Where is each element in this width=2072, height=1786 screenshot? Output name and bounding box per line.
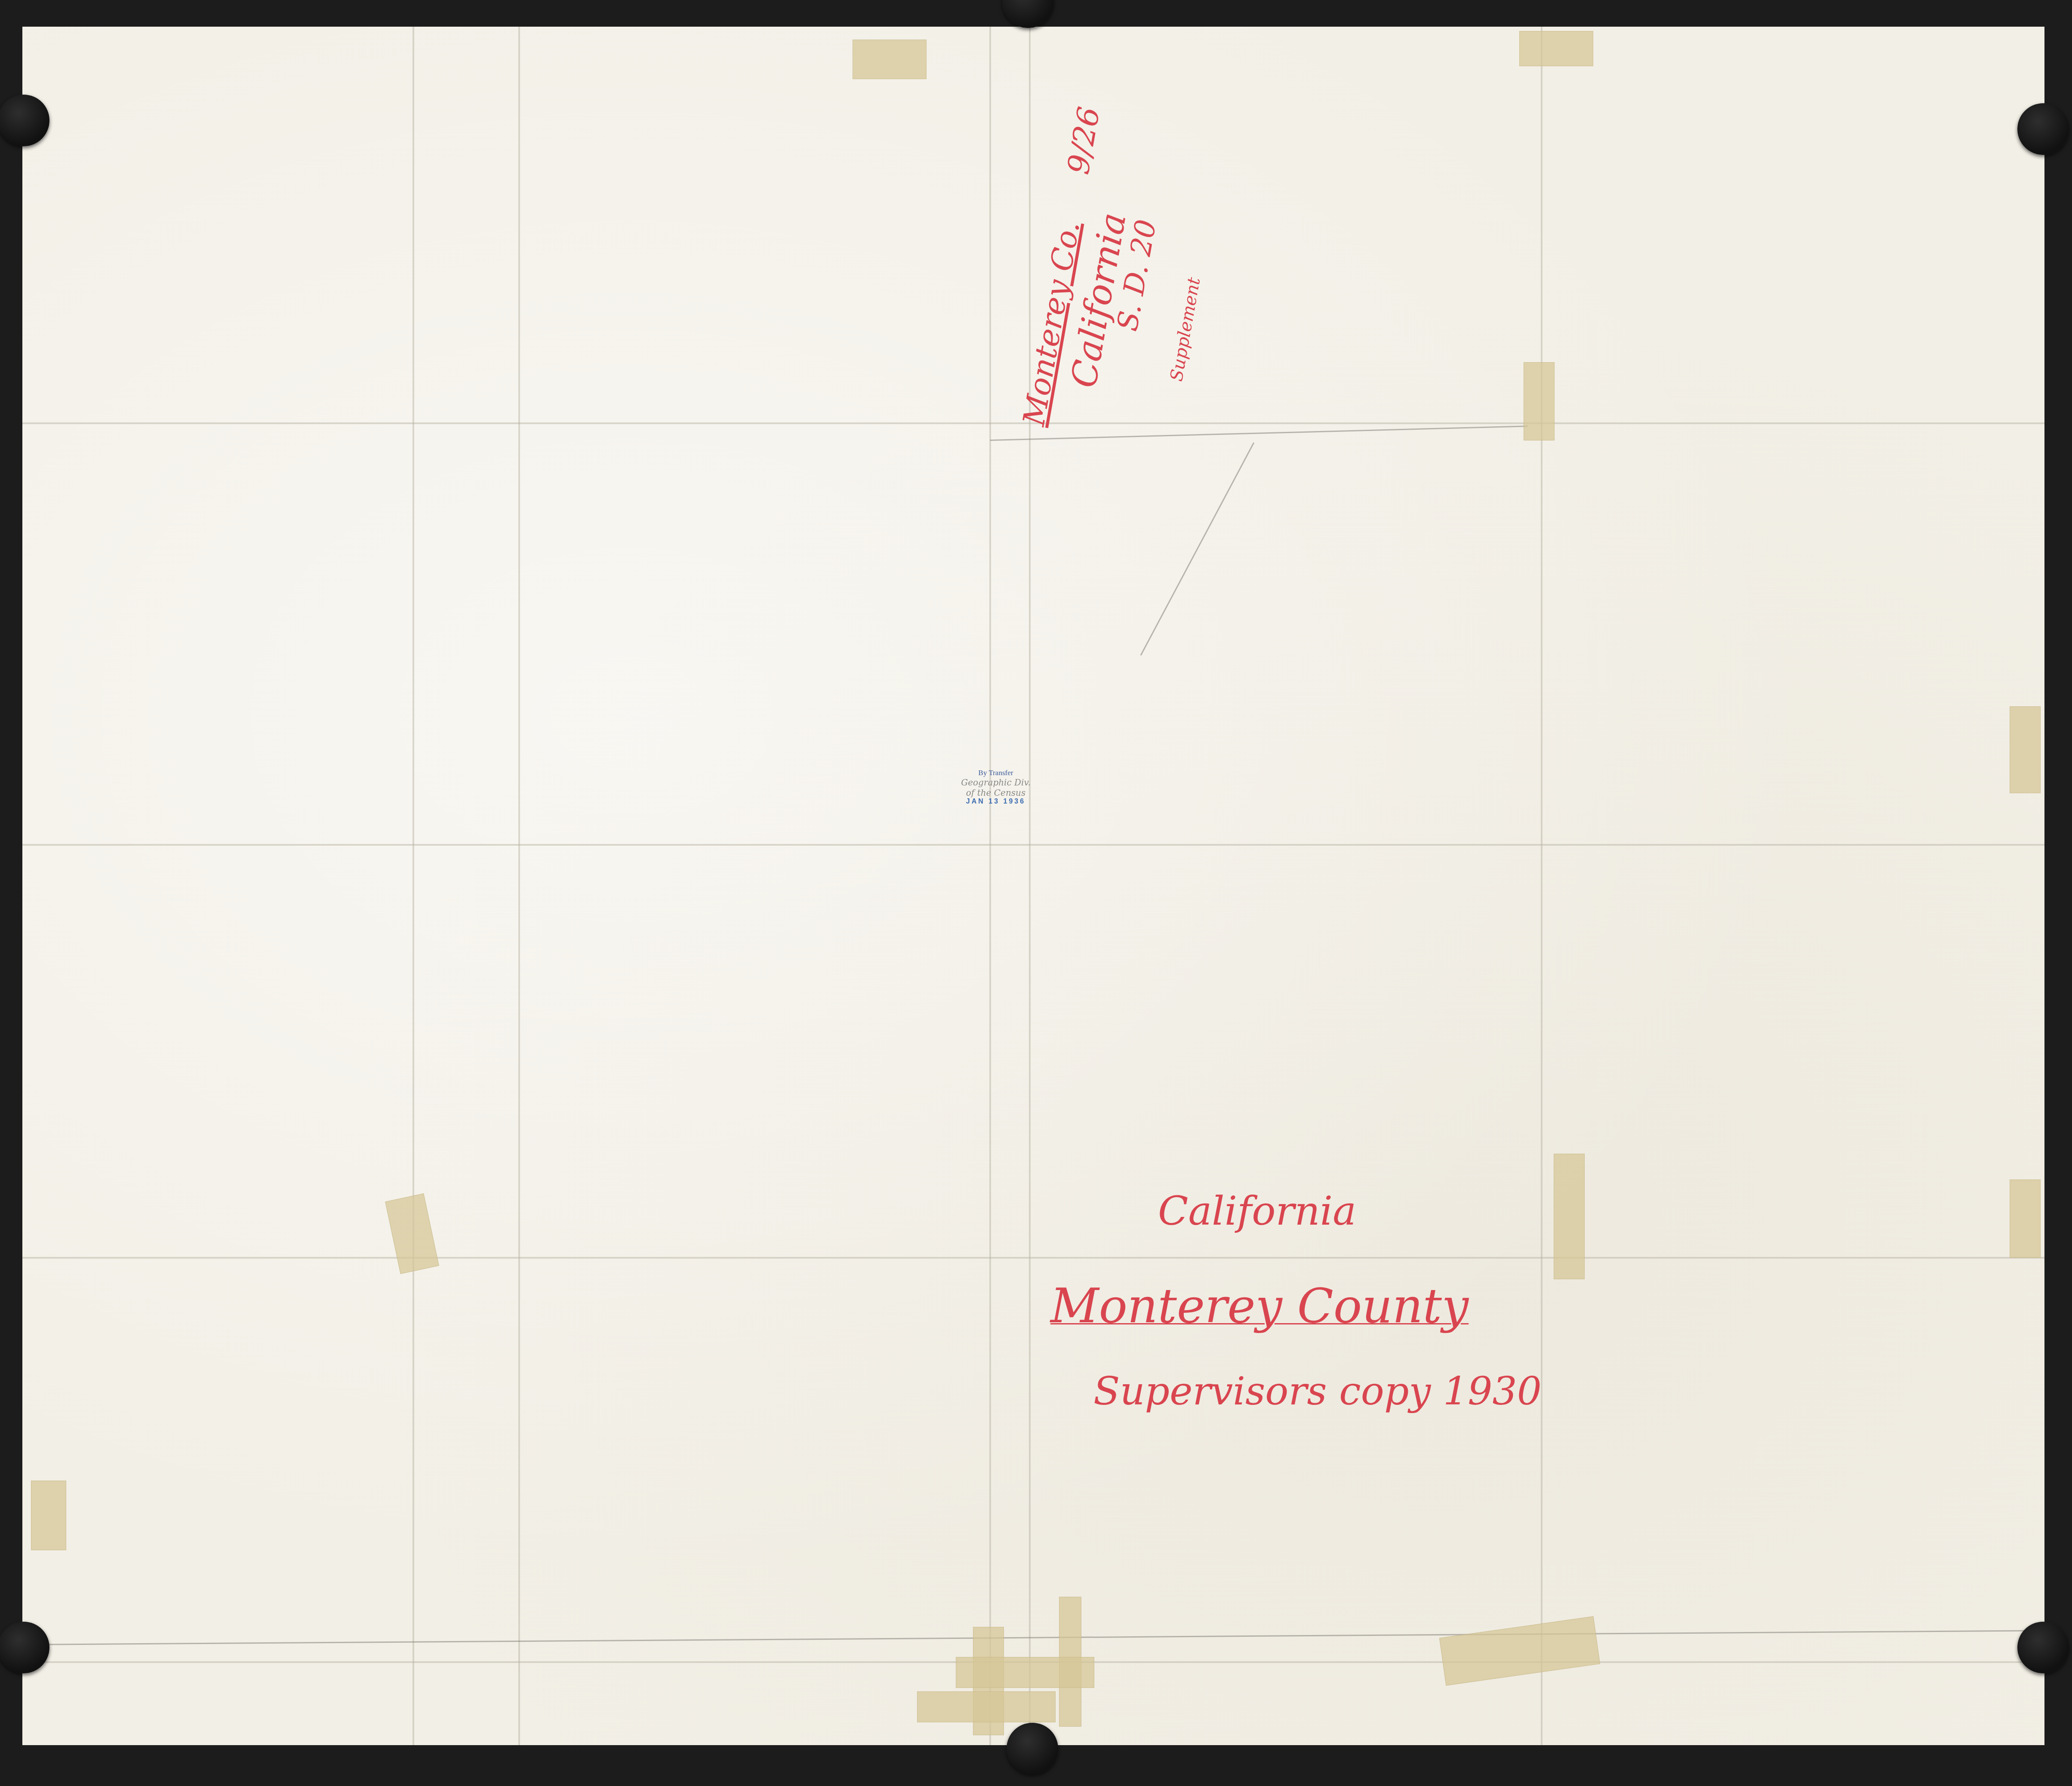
fold-line — [1541, 27, 1542, 1745]
fold-line — [518, 27, 520, 1745]
fold-line — [989, 27, 991, 1745]
tape-strip — [1439, 1616, 1600, 1685]
lower-annotation-county: Monterey County — [1050, 1278, 1469, 1333]
paper-crack — [990, 425, 1528, 441]
tape-strip — [385, 1193, 439, 1274]
paper-crack — [22, 1630, 2044, 1645]
annotation-supplement-text: Supplement — [1167, 276, 1204, 383]
fold-line — [413, 27, 414, 1745]
corner-weight — [2017, 1622, 2069, 1673]
tape-strip — [31, 1481, 66, 1550]
paper-crack — [1140, 442, 1255, 656]
corner-weight — [1002, 0, 1054, 28]
stamp-census: of the Census — [951, 788, 1041, 798]
tape-strip — [1519, 31, 1593, 66]
tape-strip — [1554, 1154, 1585, 1279]
stamp-date: JAN 13 1936 — [951, 798, 1041, 806]
lower-annotation-state: California — [1158, 1188, 1356, 1234]
annotation-sheet-number: 9/26 — [1060, 104, 1107, 177]
stamp-by-transfer: By Transfer — [951, 769, 1041, 777]
tape-strip — [917, 1691, 1056, 1722]
lower-annotation-copy: Supervisors copy 1930 — [1093, 1369, 1542, 1414]
stamp-division: Geographic Div. — [951, 777, 1041, 788]
fold-line — [1029, 27, 1031, 1745]
fold-line — [22, 1257, 2044, 1259]
corner-weight — [1007, 1723, 1058, 1774]
tape-strip — [1524, 362, 1555, 440]
upper-annotation-supplement: Supplement — [1167, 276, 1204, 383]
transfer-stamp: By Transfer Geographic Div. of the Censu… — [951, 769, 1041, 806]
map-sheet-verso: Monterey Co. 9/26 California S. D. 20 Su… — [22, 27, 2044, 1745]
corner-weight — [0, 95, 49, 146]
tape-strip — [853, 40, 927, 79]
tape-strip — [956, 1657, 1094, 1688]
tape-strip — [2010, 706, 2041, 793]
corner-weight — [0, 1622, 49, 1673]
corner-weight — [2017, 103, 2069, 155]
tape-strip — [2010, 1179, 2041, 1258]
fold-line — [22, 844, 2044, 846]
